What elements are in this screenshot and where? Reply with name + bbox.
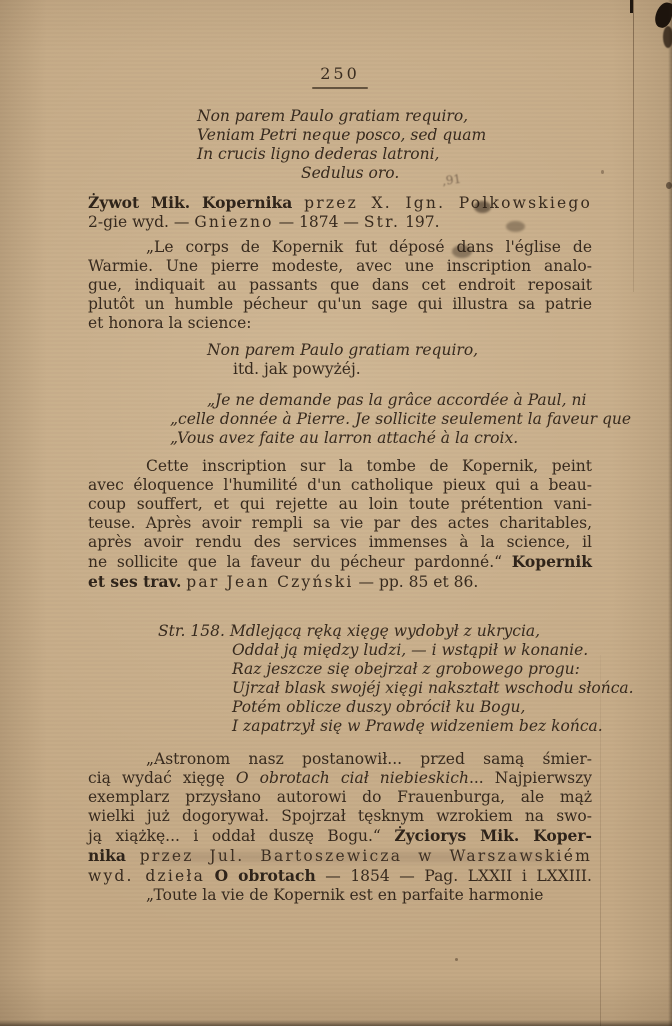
text-segment: exemplarz przysłano autorowi do Frauenbu… — [88, 788, 592, 806]
text-segment: Oddał ją między ludzi, — i wstąpił w kon… — [232, 641, 588, 659]
text-segment: Raz jeszcze się obejrzał z grobowego pro… — [232, 660, 580, 678]
text-line: Non parem Paulo gratiam requiro, — [207, 341, 592, 360]
text-segment: — 1874 — — [274, 213, 364, 231]
text-segment: In crucis ligno dederas latroni, — [197, 145, 439, 163]
paper-speck — [455, 958, 458, 961]
text-line: coup souffert, et qui rejette au loin to… — [88, 495, 592, 514]
text-segment: O obrotach — [215, 866, 316, 885]
polish-verse: Str. 158. Mdlejącą ręką xięgę wydobył z … — [88, 622, 592, 736]
text-line: Str. 158. Mdlejącą ręką xięgę wydobył z … — [158, 622, 592, 641]
text-segment: 2-gie wyd. — — [88, 213, 194, 231]
text-segment: Mdlejącą ręką xięgę wydobył z ukrycia, — [230, 622, 540, 640]
text-line: plutôt un humble pécheur qu'un sage qui … — [88, 295, 592, 314]
text-segment: Non parem Paulo gratiam requiro, — [207, 341, 478, 359]
text-segment: „Je ne demande pas la grâce accordée à P… — [207, 391, 586, 409]
text-segment — [126, 847, 140, 865]
text-line: itd. jak powyżéj. — [207, 360, 592, 379]
french-quote: „Je ne demande pas la grâce accordée à P… — [88, 391, 592, 448]
text-segment: „Le corps de Kopernik fut déposé dans l'… — [146, 238, 592, 256]
text-line: wielki już dogorywał. Spojrzał tęsknym w… — [88, 807, 592, 826]
text-segment: cią wydać xięgę — [88, 769, 236, 787]
bottom-edge-shadow — [0, 1020, 672, 1026]
page-header: 250 — [88, 64, 592, 89]
text-line: „celle donnée à Pierre. Je sollicite seu… — [170, 410, 592, 429]
text-line: gue, indiquait au passants que dans cet … — [88, 276, 592, 295]
page-content: 250 Non parem Paulo gratiam requiro,Veni… — [0, 0, 672, 913]
text-line: exemplarz przysłano autorowi do Frauenbu… — [88, 788, 592, 807]
text-segment: Veniam Petri neque posco, sed quam — [197, 126, 486, 144]
text-segment — [205, 867, 215, 885]
text-line: Ujrzał blask swojéj xięgi nakształt wsch… — [232, 679, 592, 698]
text-segment: Non parem Paulo gratiam requiro, — [197, 107, 468, 125]
text-line: avec éloquence l'humilité d'un catholiqu… — [88, 476, 592, 495]
text-segment: ... Najpierwszy — [469, 769, 592, 787]
page-number-rule — [312, 87, 368, 89]
french-paragraph-1: „Le corps de Kopernik fut déposé dans l'… — [88, 238, 592, 333]
text-segment: Str. — [364, 213, 400, 231]
text-segment: nika — [88, 846, 126, 865]
text-line: après avoir rendu des services immenses … — [88, 533, 592, 552]
text-line: Veniam Petri neque posco, sed quam — [197, 126, 592, 145]
text-segment: Cette inscription sur la tombe de Kopern… — [146, 457, 592, 475]
text-segment: Str. 158. — [158, 622, 230, 640]
text-segment: „celle donnée à Pierre. Je sollicite seu… — [170, 410, 631, 428]
text-line: teuse. Après avoir rempli sa vie par des… — [88, 514, 592, 533]
text-segment: — pp. 85 et 86. — [354, 573, 479, 591]
text-segment: — 1854 — Pag. LXXII i LXXIII. — [316, 867, 592, 885]
text-line: ją xiążkę... i oddał duszę Bogu.“ Życior… — [88, 826, 592, 846]
scanned-book-page: 250 Non parem Paulo gratiam requiro,Veni… — [0, 0, 672, 1026]
text-segment: O obrotach ciał niebieskich — [236, 769, 469, 787]
text-segment: 197. — [400, 213, 439, 231]
text-line: „Je ne demande pas la grâce accordée à P… — [170, 391, 592, 410]
page-number: 250 — [88, 64, 592, 83]
text-line: Żywot Mik. Kopernika przez X. Ign. Polko… — [88, 193, 592, 213]
text-line: wyd. dzieła O obrotach — 1854 — Pag. LXX… — [88, 866, 592, 886]
text-line: „Le corps de Kopernik fut déposé dans l'… — [88, 238, 592, 257]
text-segment: avec éloquence l'humilité d'un catholiqu… — [88, 476, 592, 494]
text-segment: Życiorys Mik. Koper- — [394, 826, 592, 845]
text-segment: Sedulus oro. — [301, 164, 399, 182]
text-segment: itd. jak powyżéj. — [233, 360, 361, 378]
text-blocks: Non parem Paulo gratiam requiro,Veniam P… — [88, 107, 592, 905]
text-line: Warmie. Une pierre modeste, avec une ins… — [88, 257, 592, 276]
text-line: Sedulus oro. — [197, 164, 592, 183]
text-line: 2-gie wyd. — Gniezno — 1874 — Str. 197. — [88, 213, 592, 232]
latin-refrain: Non parem Paulo gratiam requiro,itd. jak… — [88, 341, 592, 379]
text-line: I zapatrzył się w Prawdę widzeniem bez k… — [232, 717, 592, 736]
text-segment: przez Jul. Bartoszewicza w Warszawskiém — [140, 847, 592, 865]
text-line: Non parem Paulo gratiam requiro, — [197, 107, 592, 126]
text-line: „Astronom nasz postanowił... przed samą … — [88, 750, 592, 769]
text-segment: gue, indiquait au passants que dans cet … — [88, 276, 592, 294]
text-segment: Gniezno — [194, 213, 273, 231]
text-segment: ne sollicite que la faveur du pécheur pa… — [88, 553, 512, 571]
text-segment: ją xiążkę... i oddał duszę Bogu.“ — [88, 827, 394, 845]
text-segment: Ujrzał blask swojéj xięgi nakształt wsch… — [232, 679, 634, 697]
text-line: et honora la science: — [88, 314, 592, 333]
text-line: cią wydać xięgę O obrotach ciał niebiesk… — [88, 769, 592, 788]
text-segment: wielki już dogorywał. Spojrzał tęsknym w… — [88, 807, 592, 825]
text-line: „Toute la vie de Kopernik est en parfait… — [88, 886, 592, 905]
polish-paragraph: „Astronom nasz postanowił... przed samą … — [88, 750, 592, 905]
text-segment: „Vous avez faite au larron attaché à la … — [170, 429, 518, 447]
text-line: Cette inscription sur la tombe de Kopern… — [88, 457, 592, 476]
text-segment: Warmie. Une pierre modeste, avec une ins… — [88, 257, 592, 275]
text-segment: wyd. dzieła — [88, 867, 205, 885]
text-segment: Żywot Mik. Kopernika — [88, 193, 304, 212]
citation-zywot: Żywot Mik. Kopernika przez X. Ign. Polko… — [88, 193, 592, 232]
text-segment: coup souffert, et qui rejette au loin to… — [88, 495, 592, 513]
text-line: nika przez Jul. Bartoszewicza w Warszaws… — [88, 846, 592, 866]
text-segment: et honora la science: — [88, 314, 251, 332]
text-line: ne sollicite que la faveur du pécheur pa… — [88, 552, 592, 572]
text-segment: przez X. Ign. Polkowskiego — [304, 194, 592, 212]
text-segment: I zapatrzył się w Prawdę widzeniem bez k… — [232, 717, 603, 735]
text-segment: „Astronom nasz postanowił... przed samą … — [146, 750, 592, 768]
french-paragraph-2: Cette inscription sur la tombe de Kopern… — [88, 457, 592, 592]
text-line: Raz jeszcze się obejrzał z grobowego pro… — [232, 660, 592, 679]
text-segment: Kopernik — [512, 552, 592, 571]
text-line: Potém oblicze duszy obrócił ku Bogu, — [232, 698, 592, 717]
text-segment: „Toute la vie de Kopernik est en parfait… — [146, 886, 543, 904]
text-segment: Potém oblicze duszy obrócił ku Bogu, — [232, 698, 525, 716]
text-line: et ses trav. par Jean Czyński — pp. 85 e… — [88, 572, 592, 592]
text-line: In crucis ligno dederas latroni, — [197, 145, 592, 164]
text-segment: teuse. Après avoir rempli sa vie par des… — [88, 514, 592, 532]
text-segment: par Jean Czyński — [186, 573, 353, 591]
latin-quatrain: Non parem Paulo gratiam requiro,Veniam P… — [88, 107, 592, 183]
text-line: „Vous avez faite au larron attaché à la … — [170, 429, 592, 448]
text-line: Oddał ją między ludzi, — i wstąpił w kon… — [232, 641, 592, 660]
text-segment: et ses trav. — [88, 572, 181, 591]
text-segment: après avoir rendu des services immenses … — [88, 533, 592, 551]
text-segment: plutôt un humble pécheur qu'un sage qui … — [88, 295, 592, 313]
